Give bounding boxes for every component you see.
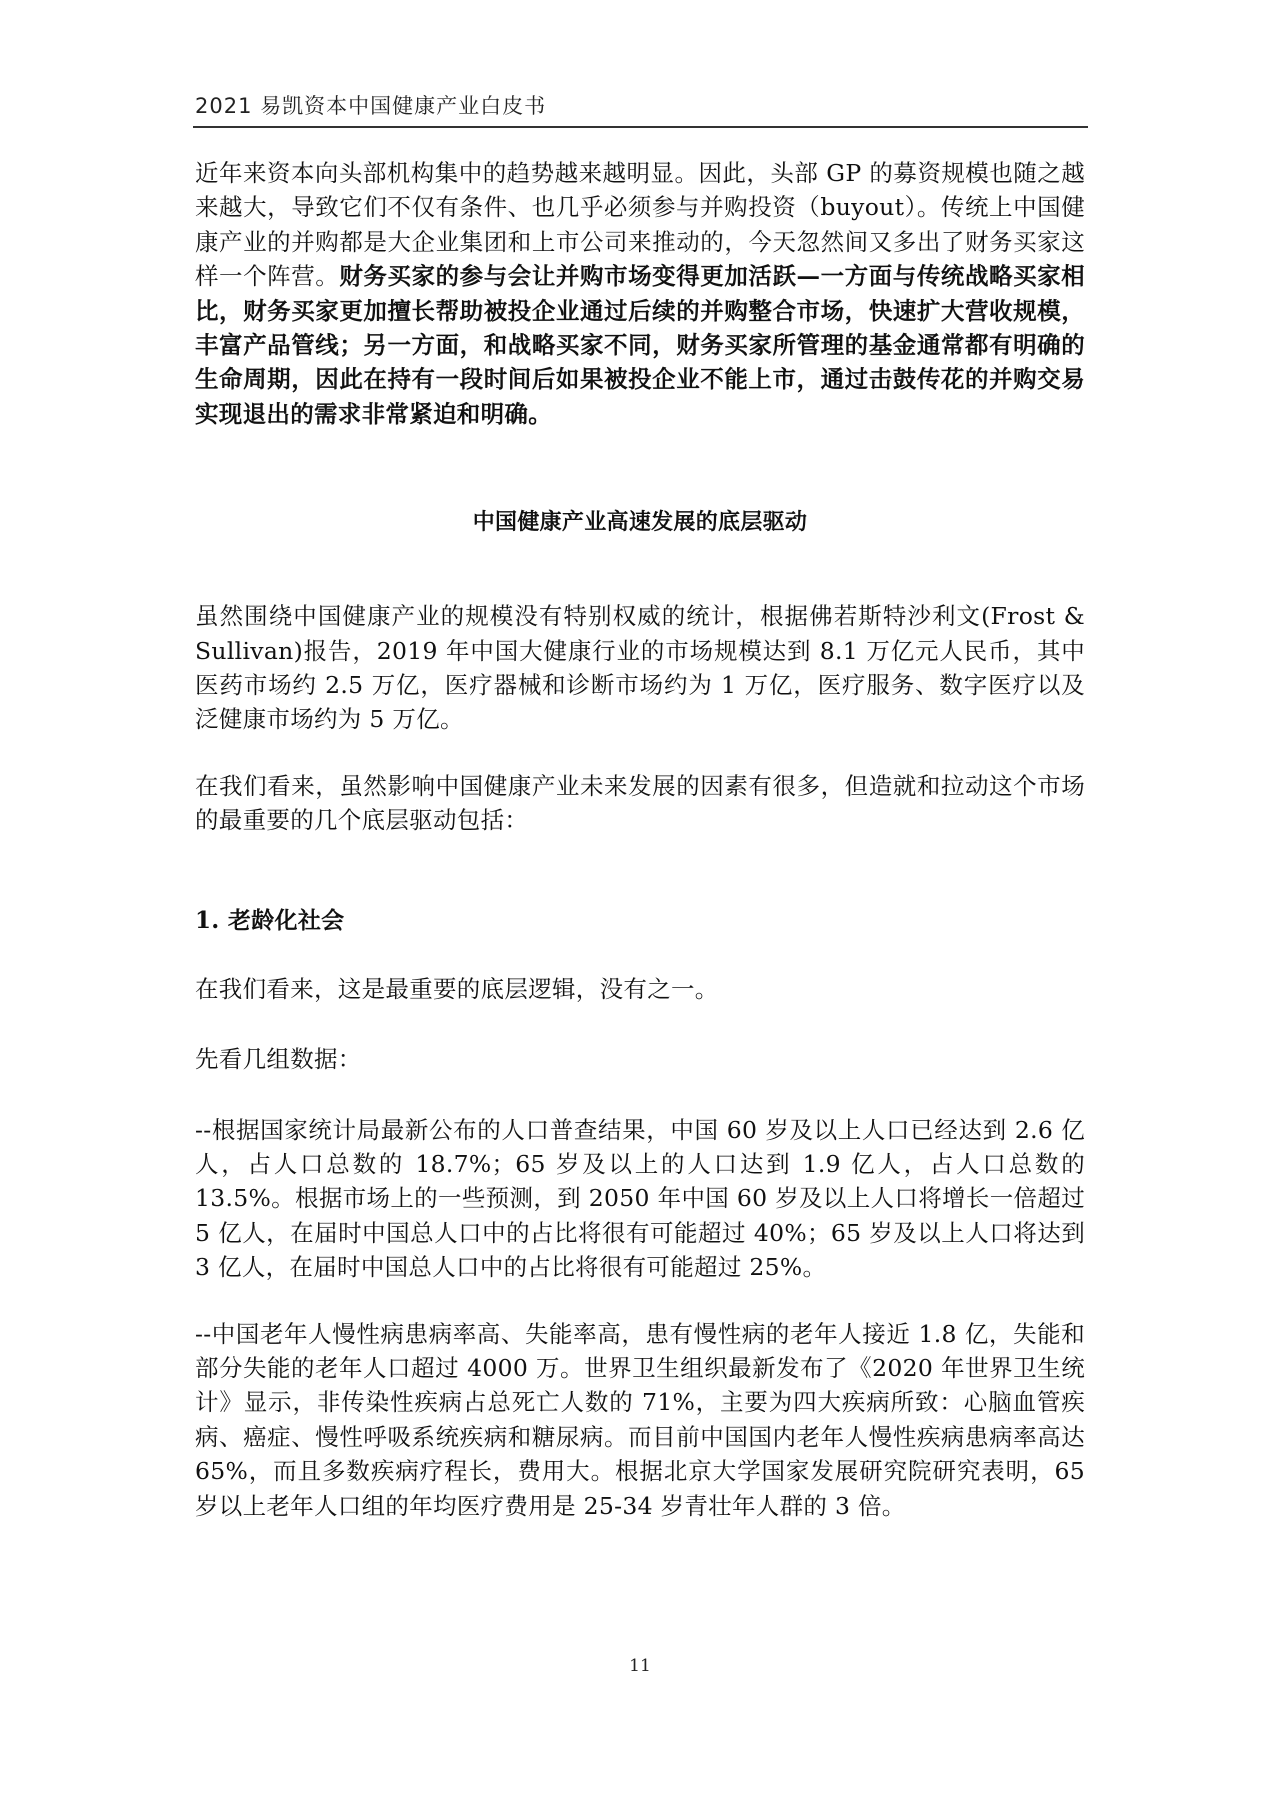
page-header: 2021 易凯资本中国健康产业白皮书 (193, 92, 1088, 128)
paragraph-capital-concentration: 近年来资本向头部机构集中的趋势越来越明显。因此，头部 GP 的募资规模也随之越来… (195, 156, 1085, 431)
section-title: 中国健康产业高速发展的底层驱动 (195, 505, 1085, 539)
item-heading-aging-society: 1. 老龄化社会 (195, 904, 1085, 938)
paragraph-market-size: 虽然围绕中国健康产业的规模没有特别权威的统计，根据佛若斯特沙利文(Frost &… (195, 599, 1085, 737)
paragraph-data-intro: 先看几组数据： (195, 1042, 1085, 1076)
document-title: 2021 易凯资本中国健康产业白皮书 (193, 92, 1088, 120)
header-divider (193, 126, 1088, 128)
paragraph-chronic-disease: --中国老年人慢性病患病率高、失能率高，患有慢性病的老年人接近 1.8 亿，失能… (195, 1317, 1085, 1523)
page-number: 11 (0, 1656, 1280, 1676)
paragraph-drivers-intro: 在我们看来，虽然影响中国健康产业未来发展的因素有很多，但造就和拉动这个市场的最重… (195, 769, 1085, 838)
page-content: 近年来资本向头部机构集中的趋势越来越明显。因此，头部 GP 的募资规模也随之越来… (195, 156, 1085, 1523)
paragraph-population-census: --根据国家统计局最新公布的人口普查结果，中国 60 岁及以上人口已经达到 2.… (195, 1113, 1085, 1285)
paragraph-most-important-logic: 在我们看来，这是最重要的底层逻辑，没有之一。 (195, 972, 1085, 1006)
